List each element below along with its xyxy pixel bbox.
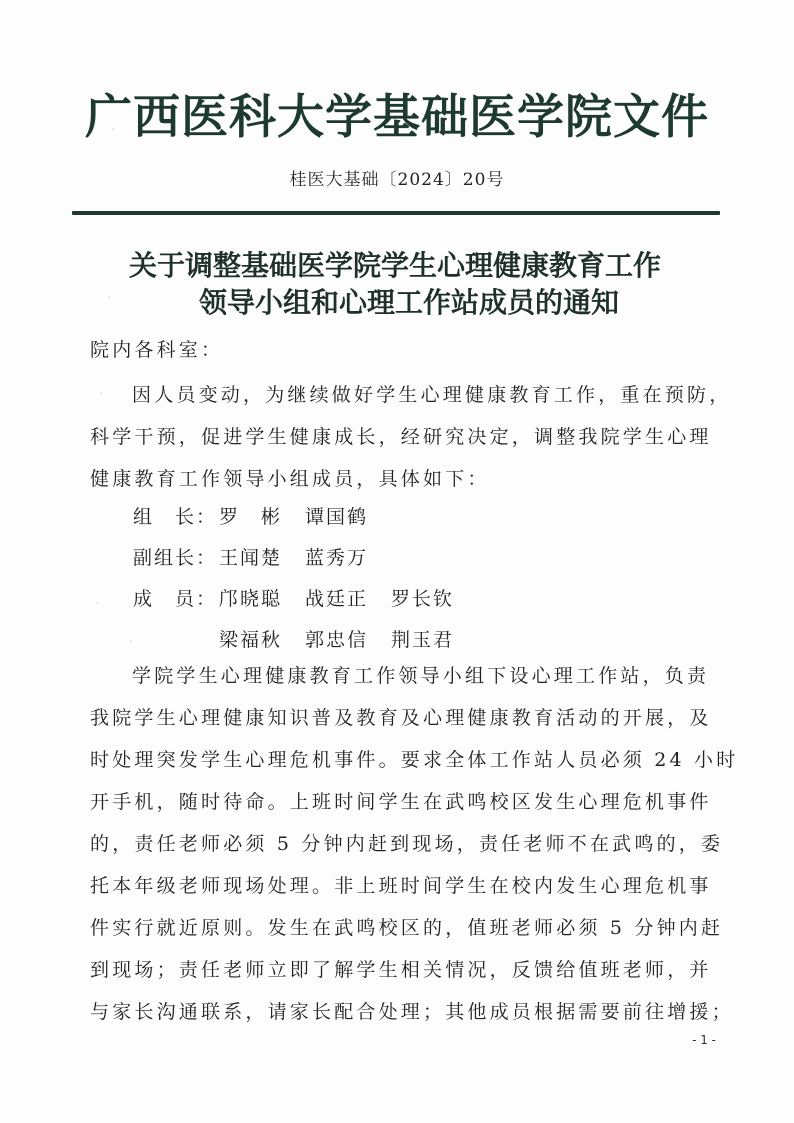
roster-row-leader: 组 长： 罗 彬 谭国鹤 bbox=[133, 497, 477, 538]
page-number: - 1 - bbox=[692, 1033, 716, 1047]
document-page: 广西医科大学基础医学院文件 桂医大基础〔2024〕20号 关于调整基础医学院学生… bbox=[0, 0, 794, 1123]
header-separator-line bbox=[72, 211, 720, 215]
roster-role: 副组长： bbox=[133, 538, 219, 579]
scan-speck bbox=[130, 640, 132, 642]
paragraph-line: 科学干预，促进学生健康成长，经研究决定，调整我院学生心理 bbox=[90, 416, 720, 458]
member-roster: 组 长： 罗 彬 谭国鹤 副组长： 王闻楚 蓝秀万 成 员： 邝晓聪 战廷正 罗… bbox=[133, 497, 477, 661]
paragraph-workstation: 学院学生心理健康教育工作领导小组下设心理工作站，负责 我院学生心理健康知识普及教… bbox=[90, 655, 720, 1033]
roster-name: 罗长钦 bbox=[391, 579, 477, 620]
paragraph-line: 件实行就近原则。发生在武鸣校区的，值班老师必须 5 分钟内赶 bbox=[90, 907, 720, 949]
roster-row-members: 成 员： 邝晓聪 战廷正 罗长钦 bbox=[133, 579, 477, 620]
salutation: 院内各科室： bbox=[90, 336, 223, 364]
roster-name: 邝晓聪 bbox=[219, 579, 305, 620]
paragraph-line: 健康教育工作领导小组成员，具体如下： bbox=[90, 458, 720, 500]
scan-speck bbox=[112, 128, 114, 130]
roster-role: 组 长： bbox=[133, 497, 219, 538]
notice-title-line-2: 领导小组和心理工作站成员的通知 bbox=[12, 283, 794, 323]
notice-title-line-1: 关于调整基础医学院学生心理健康教育工作 bbox=[0, 246, 792, 286]
paragraph-line: 到现场；责任老师立即了解学生相关情况，反馈给值班老师，并 bbox=[90, 949, 720, 991]
roster-role: 成 员： bbox=[133, 579, 219, 620]
roster-name: 蓝秀万 bbox=[305, 538, 391, 579]
paragraph-line: 与家长沟通联系，请家长配合处理；其他成员根据需要前往增援； bbox=[90, 991, 720, 1033]
roster-name: 王闻楚 bbox=[219, 538, 305, 579]
paragraph-line: 托本年级老师现场处理。非上班时间学生在校内发生心理危机事 bbox=[90, 865, 720, 907]
paragraph-intro: 因人员变动，为继续做好学生心理健康教育工作，重在预防， 科学干预，促进学生健康成… bbox=[90, 374, 720, 500]
roster-row-deputy: 副组长： 王闻楚 蓝秀万 bbox=[133, 538, 477, 579]
document-masthead: 广西医科大学基础医学院文件 bbox=[0, 88, 794, 148]
roster-name: 战廷正 bbox=[305, 579, 391, 620]
roster-name: 罗 彬 bbox=[219, 497, 305, 538]
roster-name: 谭国鹤 bbox=[305, 497, 391, 538]
paragraph-line: 的，责任老师必须 5 分钟内赶到现场，责任老师不在武鸣的，委 bbox=[90, 823, 720, 865]
scan-speck bbox=[96, 602, 98, 604]
paragraph-line: 学院学生心理健康教育工作领导小组下设心理工作站，负责 bbox=[90, 655, 720, 697]
paragraph-line: 因人员变动，为继续做好学生心理健康教育工作，重在预防， bbox=[90, 374, 720, 416]
document-number: 桂医大基础〔2024〕20号 bbox=[0, 168, 794, 192]
paragraph-line: 时处理突发学生心理危机事件。要求全体工作站人员必须 24 小时 bbox=[90, 739, 720, 781]
paragraph-line: 开手机，随时待命。上班时间学生在武鸣校区发生心理危机事件 bbox=[90, 781, 720, 823]
scan-speck bbox=[108, 296, 110, 298]
paragraph-line: 我院学生心理健康知识普及教育及心理健康教育活动的开展，及 bbox=[90, 697, 720, 739]
scan-speck bbox=[100, 392, 102, 394]
